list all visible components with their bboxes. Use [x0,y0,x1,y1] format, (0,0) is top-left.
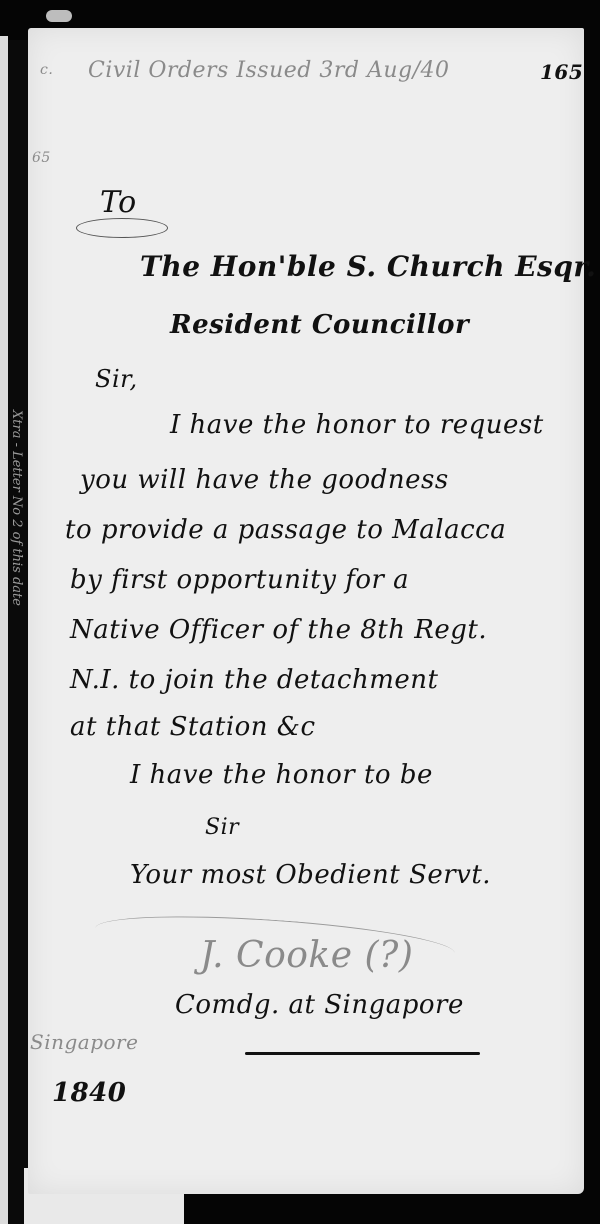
margin-mark: c. [40,62,53,78]
vertical-margin-note: Xtra - Letter No 2 of this date [9,410,24,606]
paper-clip [46,10,72,22]
addressee-name: The Hon'ble S. Church Esqr. [140,250,596,283]
body-line: you will have the goodness [80,465,449,495]
body-line: Native Officer of the 8th Regt. [70,615,487,645]
body-line: I have the honor to request [170,410,544,440]
signature: J. Cooke (?) [200,935,413,976]
closing-servant: Your most Obedient Servt. [130,860,491,890]
signature-underline [245,1052,480,1055]
body-line: by first opportunity for a [70,565,409,595]
page-number: 165 [540,60,583,84]
addressee-title: Resident Councillor [170,310,469,340]
body-line: at that Station &c [70,712,316,742]
binding-edge [0,36,8,1224]
flourish [76,218,168,238]
greeting: Sir, [95,365,138,393]
bottom-note: Singapore [30,1030,138,1054]
closing-sir: Sir [205,815,239,840]
body-line: N.I. to join the detachment [70,665,438,695]
binding-shadow [8,40,28,1224]
signature-title: Comdg. at Singapore [175,990,464,1020]
header-note: Civil Orders Issued 3rd Aug/40 [88,58,450,83]
bottom-year: 1840 [52,1078,126,1108]
salutation-to: To [100,185,137,220]
margin-number: 65 [32,150,51,166]
body-line: to provide a passage to Malacca [65,515,506,545]
closing-line: I have the honor to be [130,760,433,790]
